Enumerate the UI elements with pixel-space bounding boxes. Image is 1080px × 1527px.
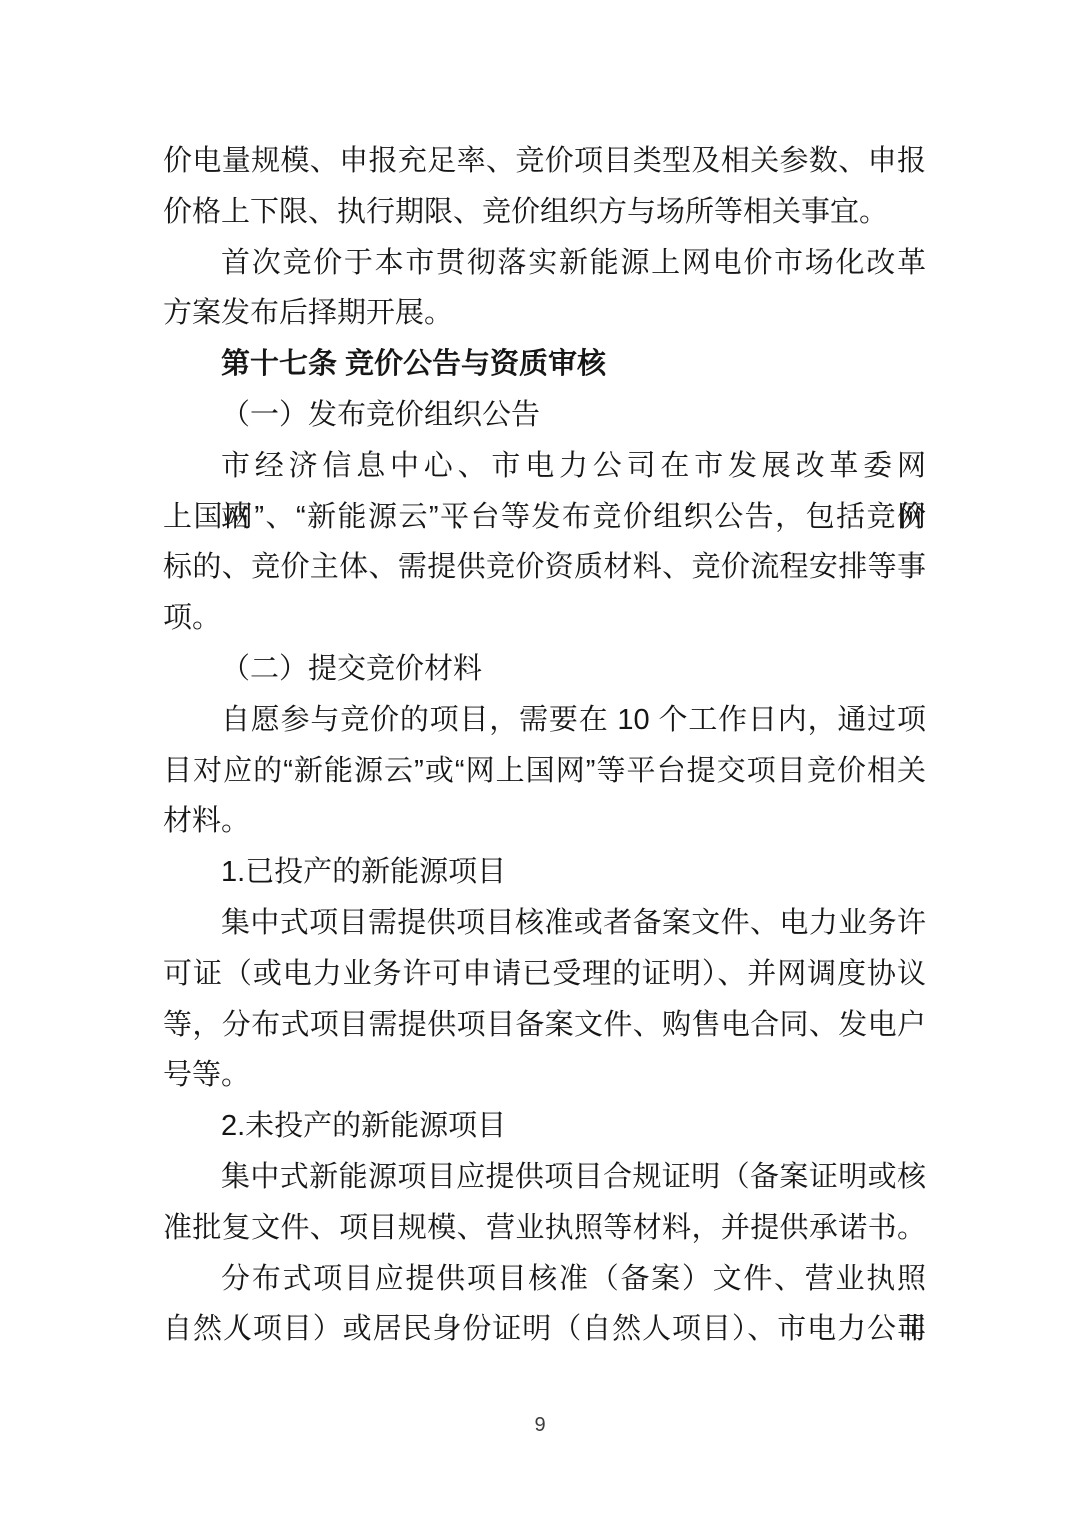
document-page: 价电量规模、申报充足率、竞价项目类型及相关参数、申报价格上下限、执行期限、竞价组…	[0, 0, 1080, 1527]
section-heading: 第十七条 竞价公告与资质审核	[163, 339, 926, 390]
text-line: 价格上下限、执行期限、竞价组织方与场所等相关事宜。	[163, 187, 926, 238]
text-line: 集中式新能源项目应提供项目合规证明（备案证明或核	[163, 1152, 926, 1203]
text-line: 2.未投产的新能源项目	[163, 1101, 926, 1152]
text-line: 方案发布后择期开展。	[163, 288, 926, 339]
text-line: 材料。	[163, 796, 926, 847]
text-line: 目对应的“新能源云”或“网上国网”等平台提交项目竞价相关	[163, 746, 926, 797]
text-line: 可证（或电力业务许可申请已受理的证明）、并网调度协议	[163, 949, 926, 1000]
text-line: 自愿参与竞价的项目，需要在 10 个工作日内，通过项	[163, 695, 926, 746]
text-line: （二）提交竞价材料	[163, 644, 926, 695]
text-line: 号等。	[163, 1050, 926, 1101]
text-line: 等，分布式项目需提供项目备案文件、购售电合同、发电户	[163, 1000, 926, 1051]
text-line: 1.已投产的新能源项目	[163, 847, 926, 898]
text-line: 分布式项目应提供项目核准（备案）文件、营业执照（非	[163, 1254, 926, 1305]
page-number: 9	[0, 1410, 1080, 1440]
text-line: 集中式项目需提供项目核准或者备案文件、电力业务许	[163, 898, 926, 949]
text-line: 自然人项目）或居民身份证明（自然人项目）、市电力公司	[163, 1304, 926, 1355]
text-line: 价电量规模、申报充足率、竞价项目类型及相关参数、申报	[163, 136, 926, 187]
text-line: 标的、竞价主体、需提供竞价资质材料、竞价流程安排等事	[163, 542, 926, 593]
document-body: 价电量规模、申报充足率、竞价项目类型及相关参数、申报价格上下限、执行期限、竞价组…	[163, 136, 926, 1355]
text-line: （一）发布竞价组织公告	[163, 390, 926, 441]
text-line: 准批复文件、项目规模、营业执照等材料，并提供承诺书。	[163, 1203, 926, 1254]
text-line: 首次竞价于本市贯彻落实新能源上网电价市场化改革	[163, 238, 926, 289]
text-line: 上国网”、“新能源云”平台等发布竞价组织公告，包括竞价	[163, 492, 926, 543]
text-line: 项。	[163, 593, 926, 644]
text-line: 市经济信息中心、市电力公司在市发展改革委网站、“网	[163, 441, 926, 492]
